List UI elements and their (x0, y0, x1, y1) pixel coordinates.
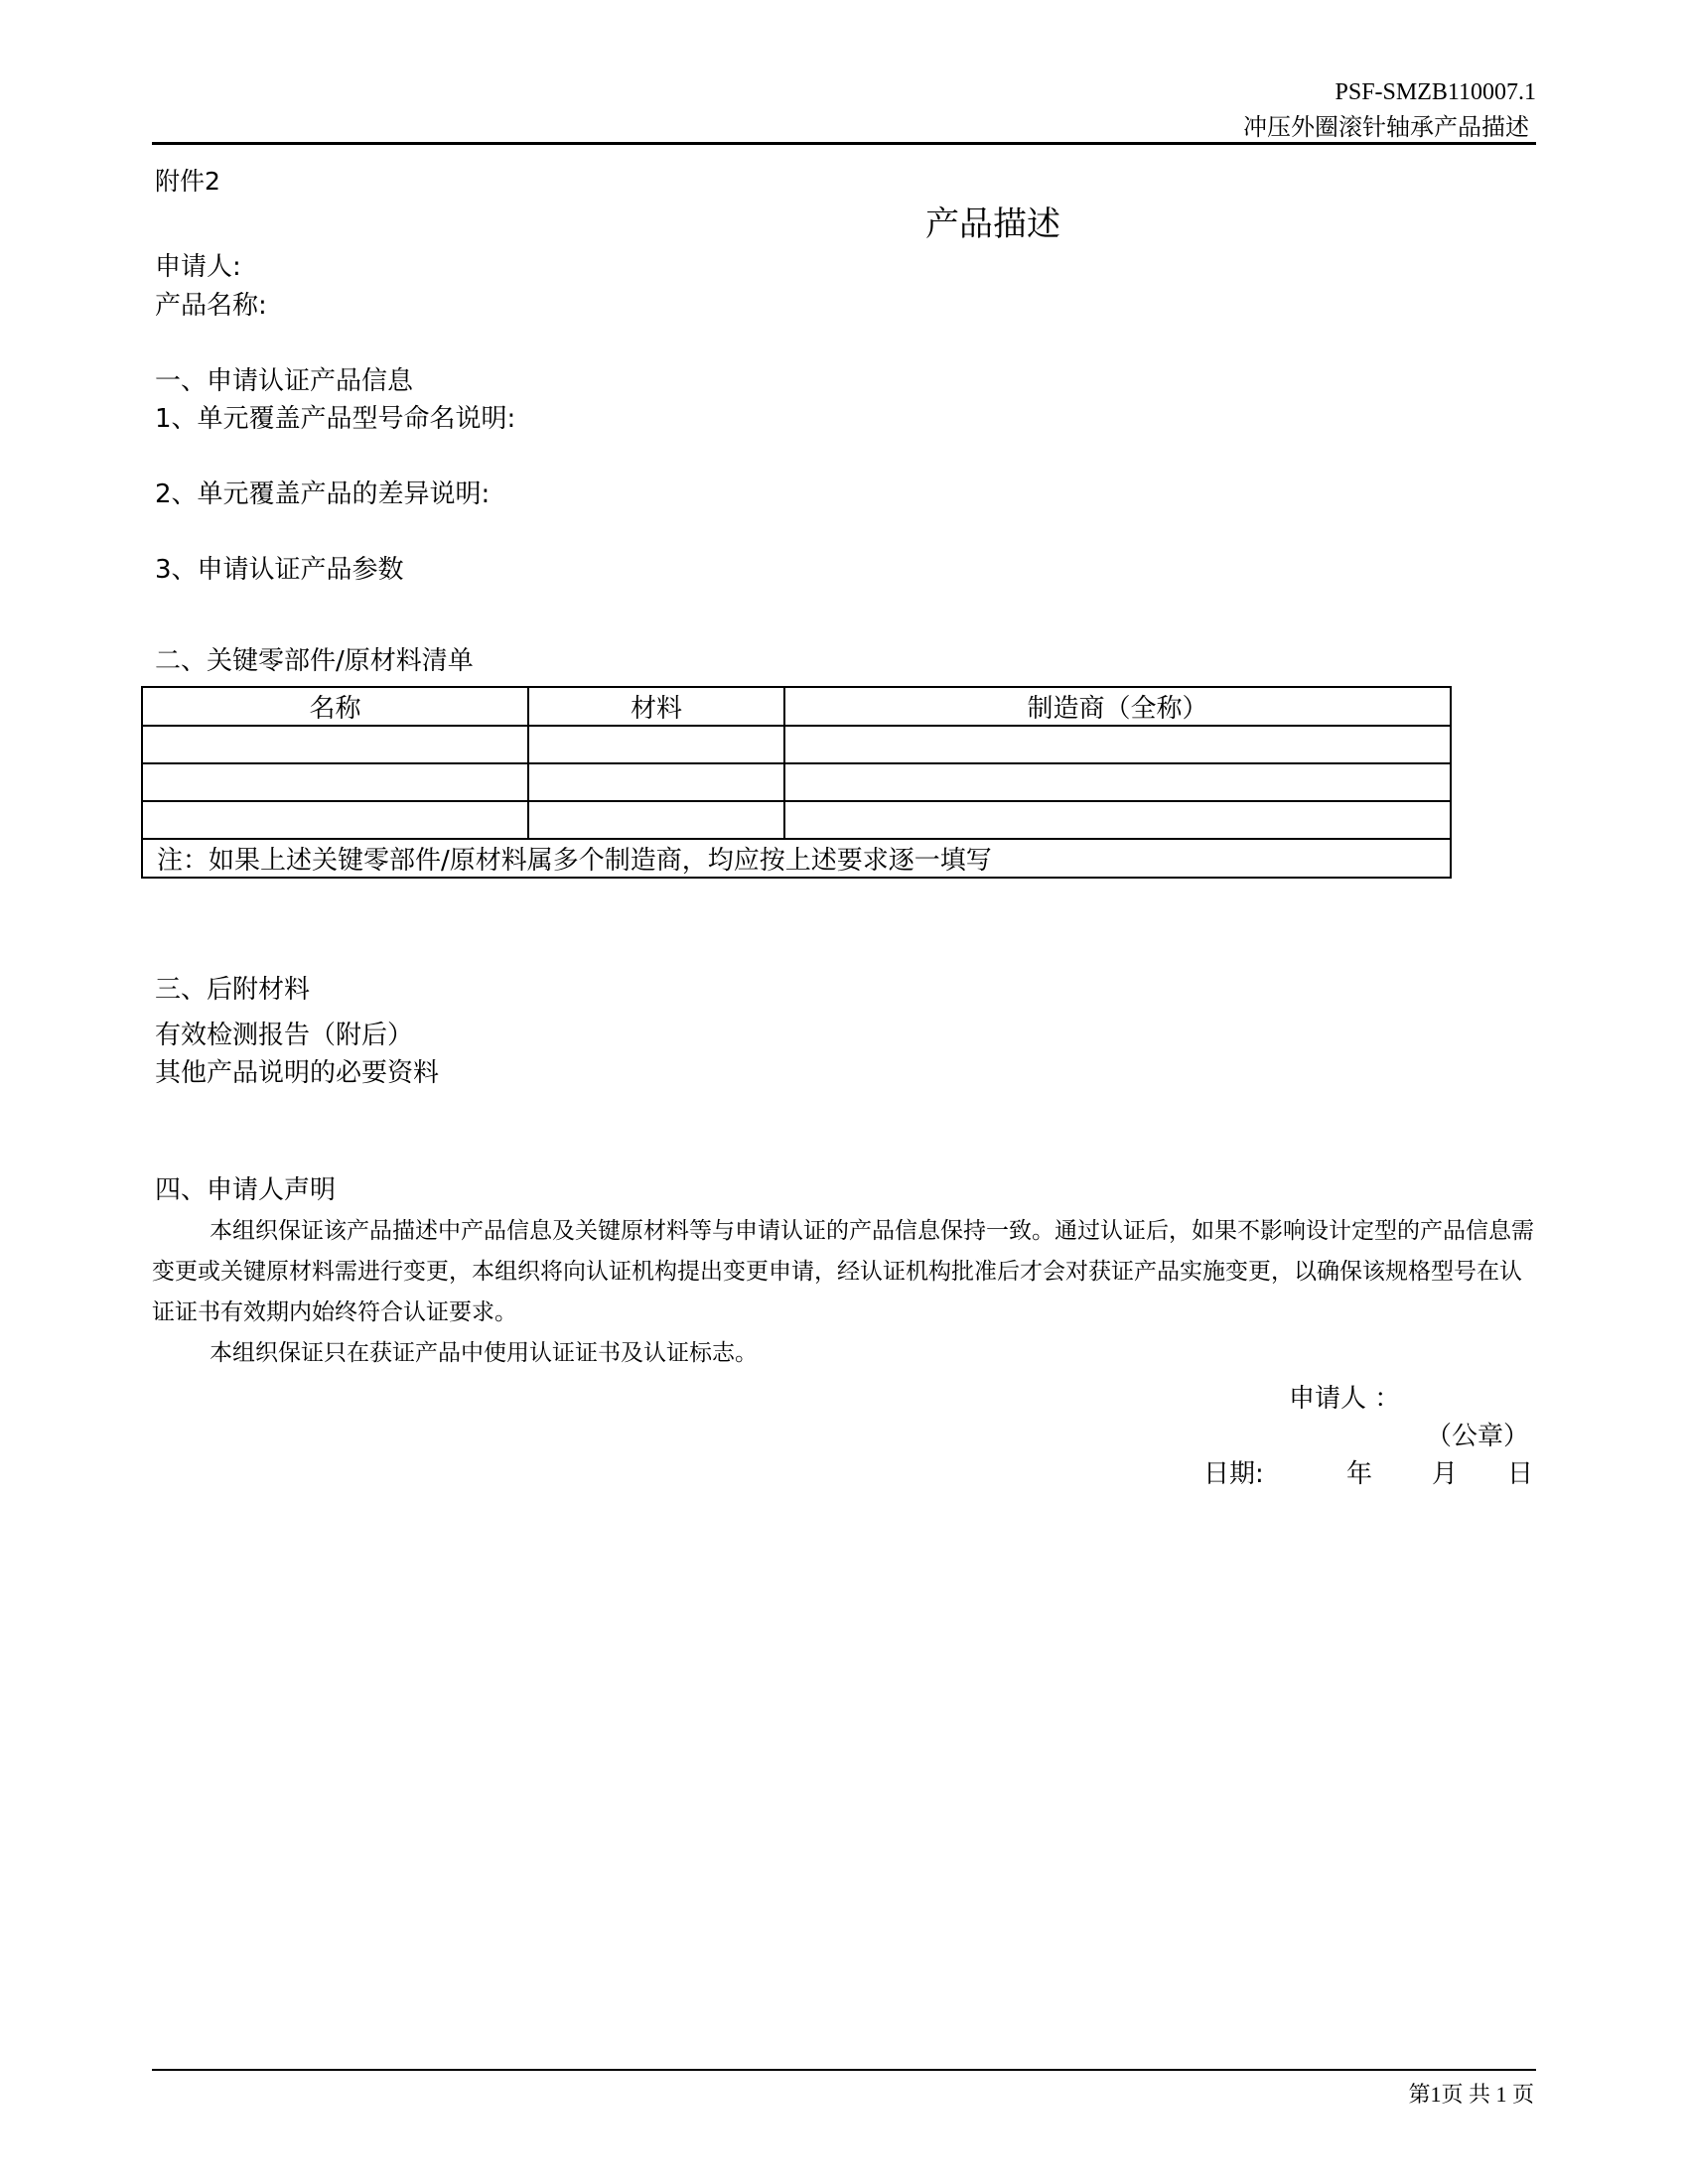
section1-item-1: 1、单元覆盖产品型号命名说明: (155, 398, 515, 435)
table-header-row: 名称 材料 制造商（全称） (142, 687, 1451, 726)
section3-heading: 三、后附材料 (155, 969, 310, 1006)
signature-day-label: 日 (1507, 1453, 1533, 1490)
column-header-material: 材料 (528, 687, 784, 726)
cell-manufacturer[interactable] (784, 726, 1451, 763)
declaration-paragraph-2: 本组织保证只在获证产品中使用认证证书及认证标志。 (152, 1333, 1536, 1374)
column-header-name: 名称 (142, 687, 528, 726)
section1-item-2: 2、单元覆盖产品的差异说明: (155, 474, 490, 510)
page-title: 产品描述 (149, 197, 1688, 245)
cell-material[interactable] (528, 726, 784, 763)
table-row (142, 801, 1451, 839)
signature-seal-label: （公章） (1426, 1416, 1529, 1452)
declaration-paragraph-1: 本组织保证该产品描述中产品信息及关键原材料等与申请认证的产品信息保持一致。通过认… (152, 1211, 1536, 1333)
cell-material[interactable] (528, 801, 784, 839)
cell-manufacturer[interactable] (784, 801, 1451, 839)
signature-month-label: 月 (1432, 1453, 1458, 1490)
section4-heading: 四、申请人声明 (155, 1169, 336, 1206)
applicant-field-label: 申请人: (155, 246, 241, 283)
section3-item-2: 其他产品说明的必要资料 (155, 1052, 439, 1089)
table-row (142, 763, 1451, 801)
attachment-label: 附件2 (155, 162, 220, 198)
header-divider (152, 142, 1536, 145)
signature-year-label: 年 (1346, 1453, 1372, 1490)
cell-manufacturer[interactable] (784, 763, 1451, 801)
parts-table: 名称 材料 制造商（全称） 注：如果上述关键零部件/原材料属多个制造商，均应按上… (141, 686, 1452, 879)
table-note-row: 注：如果上述关键零部件/原材料属多个制造商，均应按上述要求逐一填写 (142, 839, 1451, 878)
page-number: 第1页 共 1 页 (1408, 2078, 1534, 2109)
product-name-field-label: 产品名称: (155, 285, 267, 322)
document-code: PSF-SMZB110007.1 (1336, 79, 1537, 106)
signature-applicant-label: 申请人 ： (1289, 1378, 1400, 1415)
cell-name[interactable] (142, 801, 528, 839)
signature-date-label: 日期: (1203, 1453, 1264, 1490)
section1-heading: 一、申请认证产品信息 (155, 360, 413, 397)
footer-divider (152, 2069, 1536, 2071)
table-row (142, 726, 1451, 763)
section2-heading: 二、关键零部件/原材料清单 (155, 640, 474, 677)
cell-name[interactable] (142, 726, 528, 763)
table-note: 注：如果上述关键零部件/原材料属多个制造商，均应按上述要求逐一填写 (142, 839, 1451, 878)
section1-item-3: 3、申请认证产品参数 (155, 549, 404, 586)
column-header-manufacturer: 制造商（全称） (784, 687, 1451, 726)
cell-material[interactable] (528, 763, 784, 801)
cell-name[interactable] (142, 763, 528, 801)
section3-item-1: 有效检测报告（附后） (155, 1015, 413, 1051)
document-header-title: 冲压外圈滚针轴承产品描述 (1243, 107, 1529, 142)
